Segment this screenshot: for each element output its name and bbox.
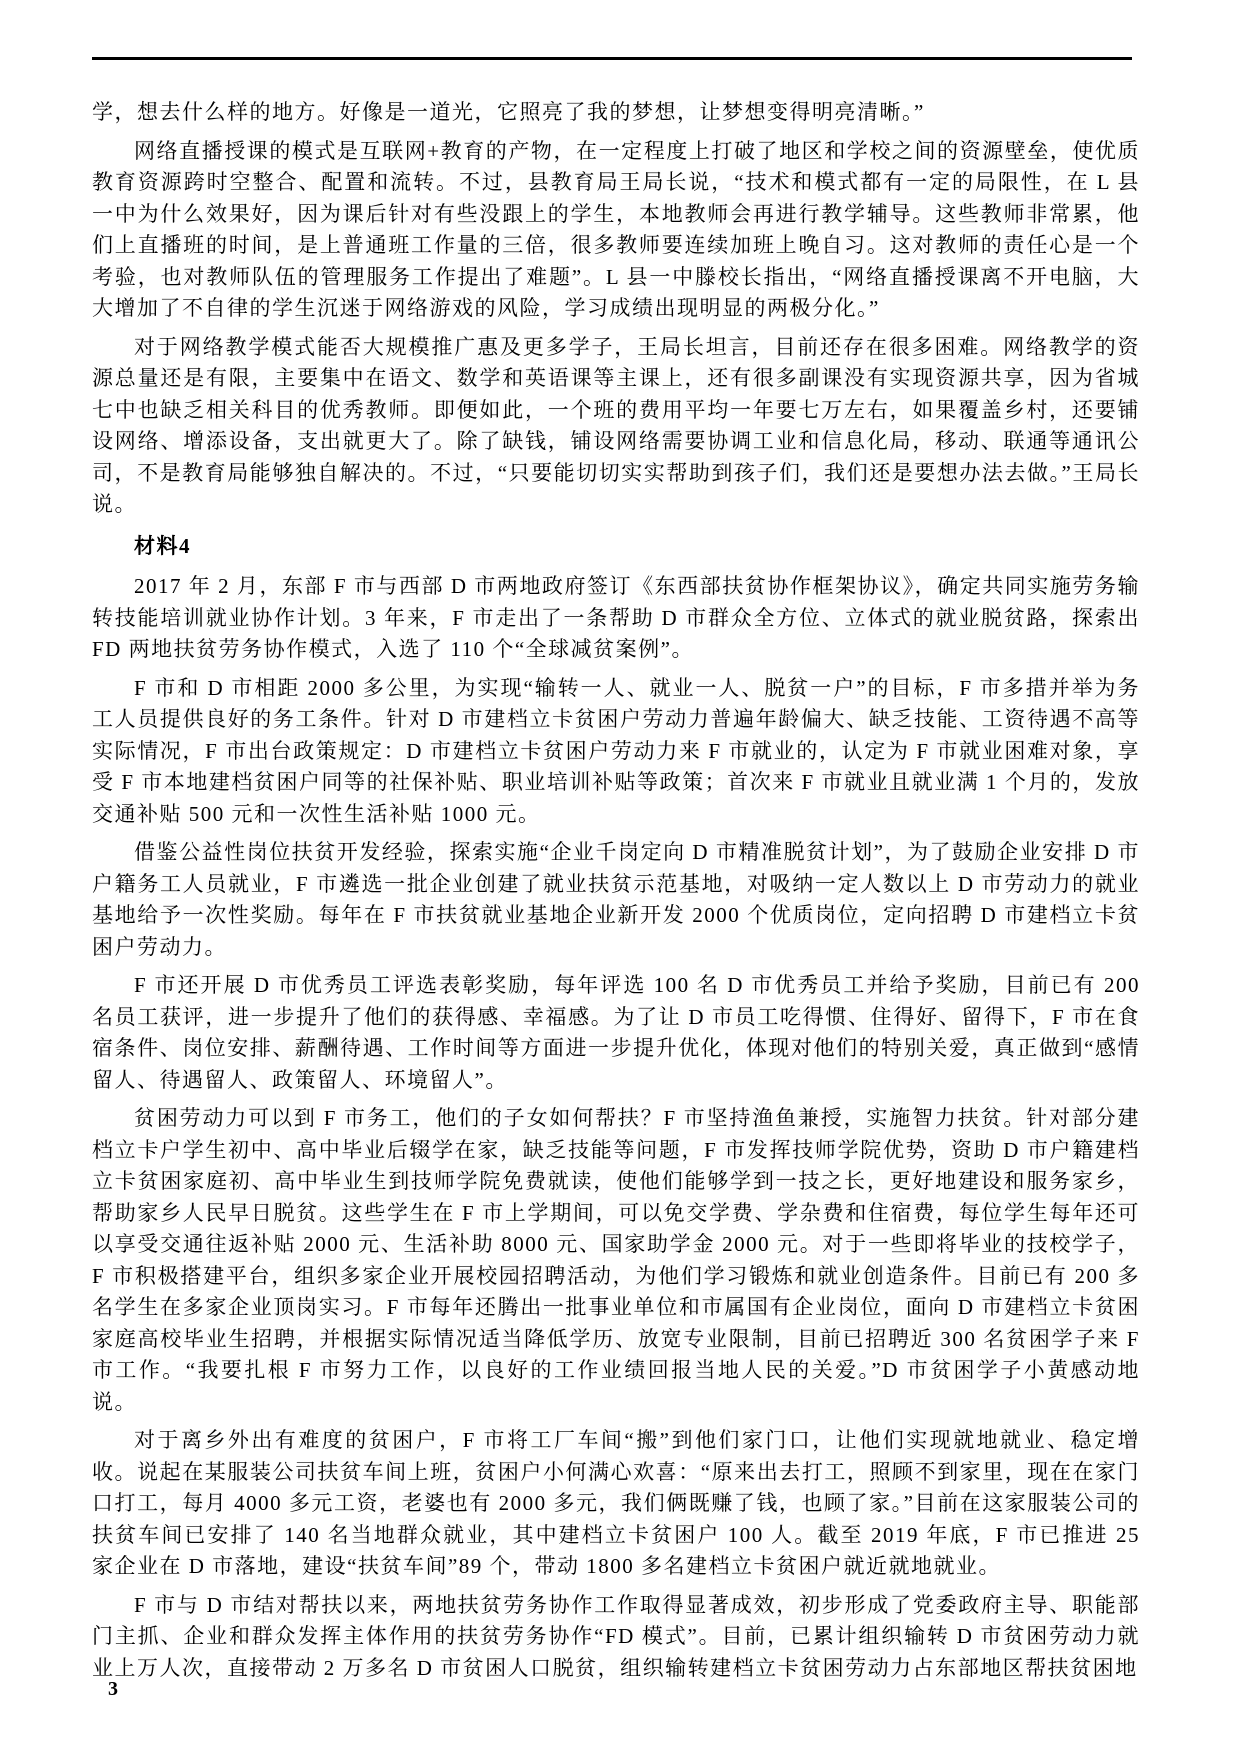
paragraph: 贫困劳动力可以到 F 市务工，他们的子女如何帮扶？F 市坚持渔鱼兼授，实施智力扶… (92, 1103, 1140, 1418)
paragraph: F 市和 D 市相距 2000 多公里，为实现“输转一人、就业一人、脱贫一户”的… (92, 673, 1140, 831)
paragraph: 借鉴公益性岗位扶贫开发经验，探索实施“企业千岗定向 D 市精准脱贫计划”，为了鼓… (92, 837, 1140, 963)
page-number: 3 (108, 1678, 118, 1701)
paragraph: F 市还开展 D 市优秀员工评选表彰奖励，每年评选 100 名 D 市优秀员工并… (92, 970, 1140, 1096)
paragraph: 2017 年 2 月，东部 F 市与西部 D 市两地政府签订《东西部扶贫协作框架… (92, 571, 1140, 666)
paragraph: 网络直播授课的模式是互联网+教育的产物，在一定程度上打破了地区和学校之间的资源壁… (92, 136, 1140, 325)
material4-heading: 材料4 (92, 531, 1140, 563)
paragraph-cutoff: F 市与 D 市结对帮扶以来，两地扶贫劳务协作工作取得显著成效，初步形成了党委政… (92, 1590, 1140, 1685)
paragraph-continuation: 学，想去什么样的地方。好像是一道光，它照亮了我的梦想，让梦想变得明亮清晰。” (92, 97, 1140, 129)
paragraph: 对于离乡外出有难度的贫困户，F 市将工厂车间“搬”到他们家门口，让他们实现就地就… (92, 1425, 1140, 1583)
paragraph: 对于网络教学模式能否大规模推广惠及更多学子，王局长坦言，目前还存在很多困难。网络… (92, 332, 1140, 521)
header-rule (92, 57, 1132, 60)
page-content: 学，想去什么样的地方。好像是一道光，它照亮了我的梦想，让梦想变得明亮清晰。” 网… (92, 97, 1140, 1691)
document-page: 学，想去什么样的地方。好像是一道光，它照亮了我的梦想，让梦想变得明亮清晰。” 网… (0, 0, 1240, 1754)
